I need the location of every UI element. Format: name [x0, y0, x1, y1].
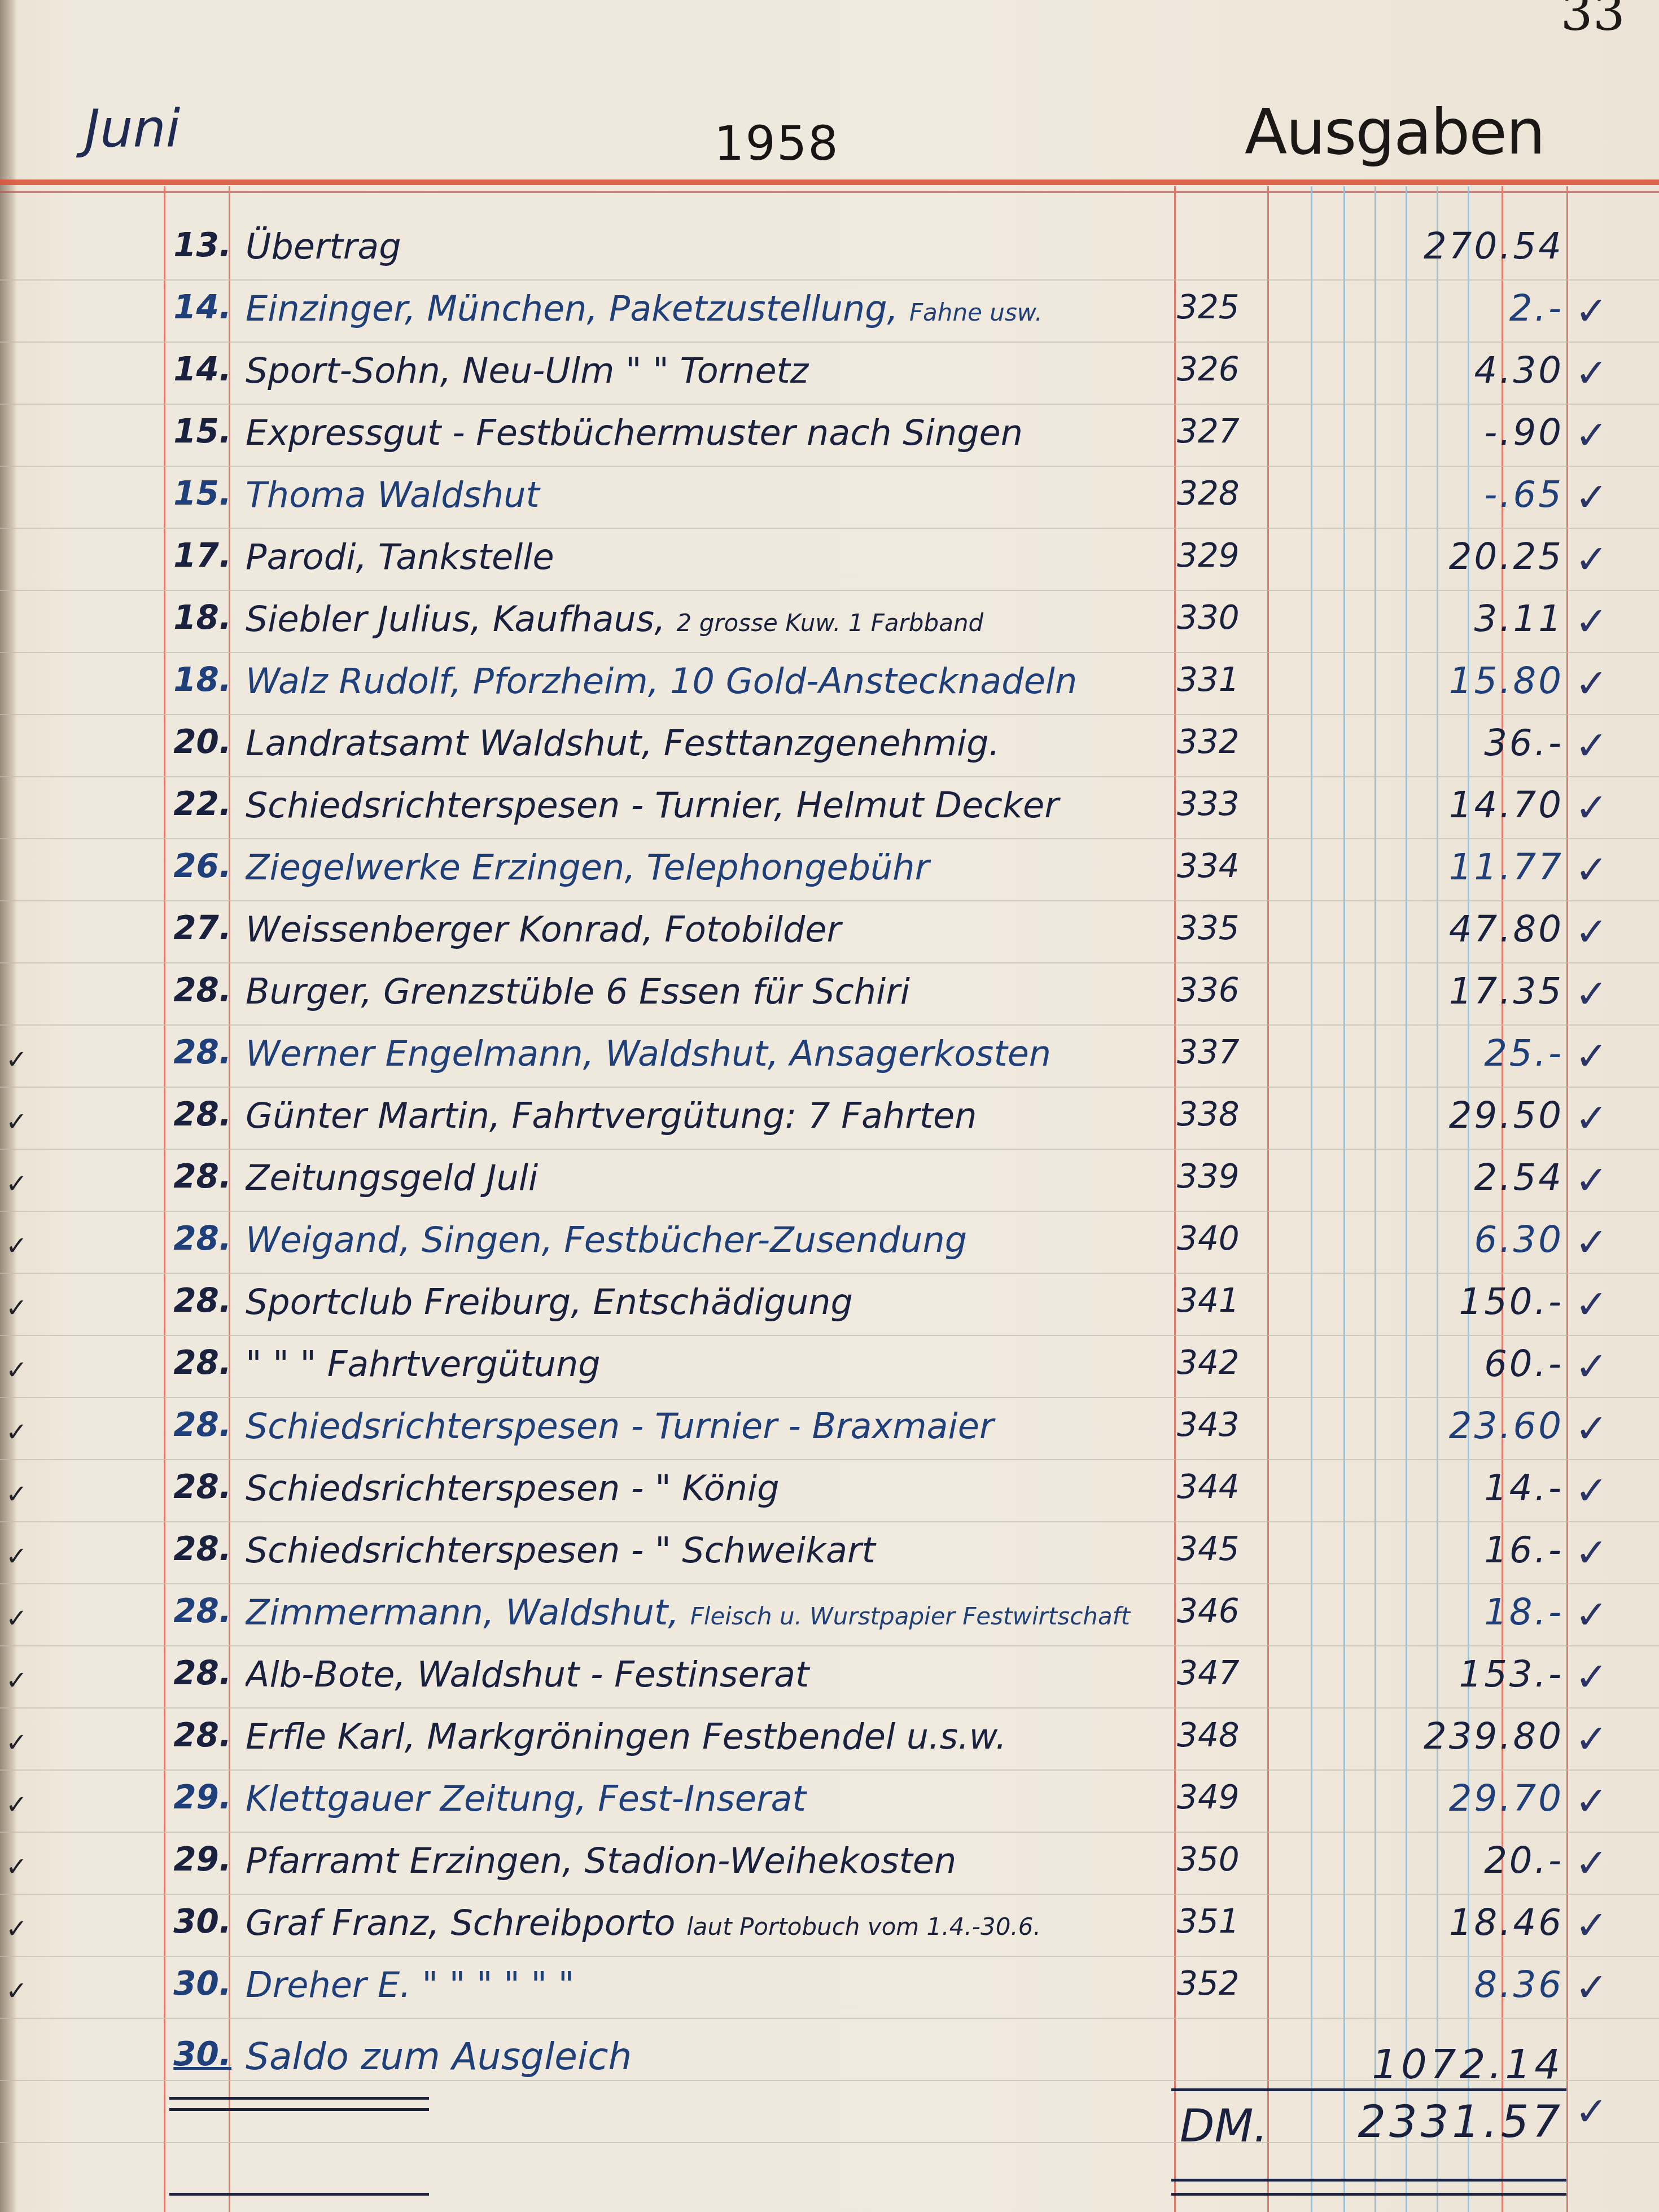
entry-day: 28. [169, 1592, 231, 1630]
entry-day: 22. [169, 785, 231, 823]
entry-voucher-number: 350 [1177, 1840, 1256, 1878]
entry-amount: 3.11 [1327, 598, 1564, 640]
ledger-row: 28.Zimmermann, Waldshut, Fleisch u. Wurs… [0, 1592, 1659, 1654]
entry-day: 26. [169, 847, 231, 885]
ledger-row: 28.Schiedsrichterspesen - " Schweikart 3… [0, 1530, 1659, 1592]
entry-description: Weissenberger Konrad, Fotobilder [246, 909, 1171, 950]
entry-description: Schiedsrichterspesen - Turnier - Braxmai… [246, 1405, 1171, 1447]
entry-day: 28. [169, 1530, 231, 1568]
currency-label: DM. [1180, 2100, 1268, 2152]
entry-day: 15. [169, 412, 231, 450]
ledger-row: 14.Sport-Sohn, Neu-Ulm " " Tornetz 3264.… [0, 350, 1659, 412]
entry-day: 28. [169, 971, 231, 1009]
entry-voucher-number: 329 [1177, 536, 1256, 575]
margin-check-icon: ✓ [6, 1603, 28, 1633]
check-icon: ✓ [1575, 1157, 1608, 1203]
entry-voucher-number: 339 [1177, 1157, 1256, 1195]
ledger-row: 28. " " " Fahrtvergütung 34260.-✓ [0, 1343, 1659, 1405]
closing-description: Saldo zum Ausgleich [246, 2035, 1171, 2078]
entry-amount: 17.35 [1327, 971, 1564, 1013]
ledger-row: 13.Übertrag 270.54 [0, 226, 1659, 288]
check-icon: ✓ [1575, 847, 1608, 893]
entry-day: 30. [169, 1902, 231, 1941]
ledger-row: 29.Klettgauer Zeitung, Fest-Inserat 3492… [0, 1778, 1659, 1840]
entry-description: " " " Fahrtvergütung [246, 1343, 1171, 1385]
entry-amount: 14.70 [1327, 785, 1564, 826]
entry-description: Werner Engelmann, Waldshut, Ansagerkoste… [246, 1033, 1171, 1074]
margin-check-icon: ✓ [6, 1355, 28, 1385]
sum-rule [1171, 2088, 1566, 2091]
entry-voucher-number: 348 [1177, 1716, 1256, 1754]
entry-amount: 153.- [1327, 1654, 1564, 1696]
entry-voucher-number: 345 [1177, 1530, 1256, 1568]
entry-voucher-number: 344 [1177, 1468, 1256, 1506]
entry-voucher-number: 342 [1177, 1343, 1256, 1382]
entry-voucher-number: 333 [1177, 785, 1256, 823]
entry-day: 18. [169, 598, 231, 637]
entry-description: Thoma Waldshut [246, 474, 1171, 515]
entry-description: Schiedsrichterspesen - " König [246, 1468, 1171, 1509]
ledger-row: 27.Weissenberger Konrad, Fotobilder 3354… [0, 909, 1659, 971]
entry-voucher-number: 340 [1177, 1219, 1256, 1258]
check-icon: ✓ [1575, 1716, 1608, 1762]
entry-description: Klettgauer Zeitung, Fest-Inserat [246, 1778, 1171, 1819]
entry-voucher-number: 328 [1177, 474, 1256, 513]
margin-check-icon: ✓ [6, 1168, 28, 1199]
entry-amount: 23.60 [1327, 1405, 1564, 1447]
entry-description: Zeitungsgeld Juli [246, 1157, 1171, 1198]
entry-description: Expressgut - Festbüchermuster nach Singe… [246, 412, 1171, 453]
ledger-row: 28.Günter Martin, Fahrtvergütung: 7 Fahr… [0, 1095, 1659, 1157]
entry-amount: 25.- [1327, 1033, 1564, 1075]
margin-check-icon: ✓ [6, 1230, 28, 1261]
entry-voucher-number: 349 [1177, 1778, 1256, 1816]
entry-day: 28. [169, 1468, 231, 1506]
entry-description: Pfarramt Erzingen, Stadion-Weihekosten [246, 1840, 1171, 1881]
ledger-row: 14.Einzinger, München, Paketzustellung, … [0, 288, 1659, 350]
ledger-row: 28.Sportclub Freiburg, Entschädigung 341… [0, 1281, 1659, 1343]
entry-day: 28. [169, 1219, 231, 1258]
check-icon: ✓ [1575, 1592, 1608, 1638]
entry-amount: 20.- [1327, 1840, 1564, 1882]
entry-day: 14. [169, 350, 231, 388]
entry-day: 28. [169, 1343, 231, 1382]
entry-day: 14. [169, 288, 231, 326]
entry-voucher-number: 330 [1177, 598, 1256, 637]
margin-check-icon: ✓ [6, 1727, 28, 1758]
entry-voucher-number: 343 [1177, 1405, 1256, 1444]
entry-voucher-number: 351 [1177, 1902, 1256, 1941]
margin-check-icon: ✓ [6, 1789, 28, 1820]
entry-day: 28. [169, 1405, 231, 1444]
month-heading: Juni [85, 99, 180, 159]
entry-amount: 270.54 [1327, 226, 1564, 268]
entry-amount: 15.80 [1327, 660, 1564, 702]
ledger-row: 28.Burger, Grenzstüble 6 Essen für Schir… [0, 971, 1659, 1033]
entry-description: Graf Franz, Schreibporto laut Portobuch … [246, 1902, 1171, 1943]
entry-day: 27. [169, 909, 231, 947]
page-number: 33 [1560, 0, 1625, 42]
check-icon: ✓ [1575, 1964, 1608, 2010]
entry-amount: 18.46 [1327, 1902, 1564, 1944]
entry-amount: 150.- [1327, 1281, 1564, 1323]
ledger-row: 26.Ziegelwerke Erzingen, Telephongebühr … [0, 847, 1659, 909]
ledger-row: 30.Dreher E. " " " " " " 3528.36✓ [0, 1964, 1659, 2026]
ledger-row: 17.Parodi, Tankstelle 32920.25✓ [0, 536, 1659, 598]
entry-note: laut Portobuch vom 1.4.-30.6. [686, 1913, 1041, 1941]
header-rule [0, 179, 1659, 185]
ledger-row: 28.Alb-Bote, Waldshut - Festinserat 3471… [0, 1654, 1659, 1716]
entry-description: Schiedsrichterspesen - " Schweikart [246, 1530, 1171, 1571]
entry-amount: -.90 [1327, 412, 1564, 454]
entry-description: Walz Rudolf, Pforzheim, 10 Gold-Ansteckn… [246, 660, 1171, 702]
check-icon: ✓ [1575, 1530, 1608, 1576]
entry-voucher-number: 337 [1177, 1033, 1256, 1071]
header-rule-secondary [0, 191, 1659, 193]
margin-check-icon: ✓ [6, 1044, 28, 1075]
entry-voucher-number: 347 [1177, 1654, 1256, 1692]
check-icon: ✓ [1575, 1902, 1608, 1948]
double-rule-2 [1171, 2193, 1566, 2196]
entry-voucher-number: 346 [1177, 1592, 1256, 1630]
entry-description: Schiedsrichterspesen - Turnier, Helmut D… [246, 785, 1171, 826]
entry-day: 28. [169, 1095, 231, 1133]
entry-amount: 29.70 [1327, 1778, 1564, 1820]
entry-voucher-number: 352 [1177, 1964, 1256, 2003]
entry-amount: 2.- [1327, 288, 1564, 330]
ledger-row: 29.Pfarramt Erzingen, Stadion-Weihekoste… [0, 1840, 1659, 1902]
entry-voucher-number: 334 [1177, 847, 1256, 885]
ledger-row: 28.Schiedsrichterspesen - Turnier - Brax… [0, 1405, 1659, 1468]
entry-description: Einzinger, München, Paketzustellung, Fah… [246, 288, 1171, 329]
entry-description: Burger, Grenzstüble 6 Essen für Schiri [246, 971, 1171, 1012]
entry-amount: 20.25 [1327, 536, 1564, 578]
entry-amount: 47.80 [1327, 909, 1564, 950]
check-icon: ✓ [1575, 1405, 1608, 1452]
total-check-icon: ✓ [1575, 2088, 1608, 2135]
ledger-row: 15.Expressgut - Festbüchermuster nach Si… [0, 412, 1659, 474]
ledger-row: 28.Werner Engelmann, Waldshut, Ansagerko… [0, 1033, 1659, 1095]
check-icon: ✓ [1575, 1654, 1608, 1700]
ledger-row: 28.Schiedsrichterspesen - " König 34414.… [0, 1468, 1659, 1530]
entry-voucher-number: 332 [1177, 722, 1256, 761]
entry-voucher-number: 335 [1177, 909, 1256, 947]
entry-day: 13. [169, 226, 231, 264]
margin-check-icon: ✓ [6, 1976, 28, 2006]
check-icon: ✓ [1575, 412, 1608, 458]
entry-voucher-number: 327 [1177, 412, 1256, 450]
entry-day: 29. [169, 1840, 231, 1878]
entry-day: 20. [169, 722, 231, 761]
margin-check-icon: ✓ [6, 1851, 28, 1882]
entry-amount: -.65 [1327, 474, 1564, 516]
double-rule-1 [1171, 2179, 1566, 2182]
check-icon: ✓ [1575, 350, 1608, 396]
margin-check-icon: ✓ [6, 1479, 28, 1509]
entry-day: 30. [169, 1964, 231, 2003]
check-icon: ✓ [1575, 536, 1608, 582]
entry-day: 15. [169, 474, 231, 513]
check-icon: ✓ [1575, 288, 1608, 334]
check-icon: ✓ [1575, 1840, 1608, 1886]
entry-amount: 14.- [1327, 1468, 1564, 1509]
entry-voucher-number: 341 [1177, 1281, 1256, 1320]
entry-note: Fahne usw. [909, 299, 1043, 326]
ledger-row: 22.Schiedsrichterspesen - Turnier, Helmu… [0, 785, 1659, 847]
ledger-row: 15.Thoma Waldshut 328-.65✓ [0, 474, 1659, 536]
entry-amount: 18.- [1327, 1592, 1564, 1633]
entry-amount: 29.50 [1327, 1095, 1564, 1137]
entry-voucher-number: 338 [1177, 1095, 1256, 1133]
year-heading: 1958 [714, 116, 839, 171]
entry-description: Sport-Sohn, Neu-Ulm " " Tornetz [246, 350, 1171, 391]
entry-amount: 60.- [1327, 1343, 1564, 1385]
entry-voucher-number: 331 [1177, 660, 1256, 699]
closing-day: 30. [169, 2035, 231, 2073]
check-icon: ✓ [1575, 598, 1608, 645]
entry-description: Landratsamt Waldshut, Festtanzgenehmig. [246, 722, 1171, 764]
entry-day: 17. [169, 536, 231, 575]
entry-amount: 6.30 [1327, 1219, 1564, 1261]
ledger-row: 18.Walz Rudolf, Pforzheim, 10 Gold-Anste… [0, 660, 1659, 722]
check-icon: ✓ [1575, 1033, 1608, 1079]
entry-description: Parodi, Tankstelle [246, 536, 1171, 577]
ledger-row: 30.Graf Franz, Schreibporto laut Portobu… [0, 1902, 1659, 1964]
entry-day: 28. [169, 1033, 231, 1071]
entry-amount: 4.30 [1327, 350, 1564, 392]
ledger-title: Ausgaben [1245, 96, 1544, 168]
check-icon: ✓ [1575, 1778, 1608, 1824]
entry-amount: 11.77 [1327, 847, 1564, 888]
entry-amount: 239.80 [1327, 1716, 1564, 1758]
ledger-row: 20.Landratsamt Waldshut, Festtanzgenehmi… [0, 722, 1659, 785]
margin-check-icon: ✓ [6, 1417, 28, 1447]
margin-check-icon: ✓ [6, 1293, 28, 1323]
entry-description: Ziegelwerke Erzingen, Telephongebühr [246, 847, 1171, 888]
check-icon: ✓ [1575, 1219, 1608, 1265]
check-icon: ✓ [1575, 785, 1608, 831]
margin-check-icon: ✓ [6, 1541, 28, 1571]
entry-day: 29. [169, 1778, 231, 1816]
ledger-row: 18.Siebler Julius, Kaufhaus, 2 grosse Ku… [0, 598, 1659, 660]
entry-description: Erfle Karl, Markgröningen Festbendel u.s… [246, 1716, 1171, 1757]
entry-day: 28. [169, 1716, 231, 1754]
check-icon: ✓ [1575, 1343, 1608, 1390]
entry-description: Übertrag [246, 226, 1171, 267]
entry-amount: 2.54 [1327, 1157, 1564, 1199]
entry-voucher-number: 325 [1177, 288, 1256, 326]
check-icon: ✓ [1575, 971, 1608, 1017]
check-icon: ✓ [1575, 1281, 1608, 1328]
entry-description: Alb-Bote, Waldshut - Festinserat [246, 1654, 1171, 1695]
underline-double-2 [169, 2108, 429, 2111]
closing-amount: 1072.14 [1298, 2040, 1564, 2088]
entry-note: 2 grosse Kuw. 1 Farbband [677, 609, 984, 637]
entry-voucher-number: 336 [1177, 971, 1256, 1009]
entry-description: Zimmermann, Waldshut, Fleisch u. Wurstpa… [246, 1592, 1171, 1633]
entry-amount: 8.36 [1327, 1964, 1564, 2006]
grand-total: 2331.57 [1270, 2097, 1564, 2148]
margin-check-icon: ✓ [6, 1665, 28, 1696]
entry-note: Fleisch u. Wurstpapier Festwirtschaft [690, 1602, 1130, 1630]
entry-amount: 36.- [1327, 722, 1564, 764]
check-icon: ✓ [1575, 474, 1608, 520]
entry-description: Dreher E. " " " " " " [246, 1964, 1171, 2005]
check-icon: ✓ [1575, 1468, 1608, 1514]
margin-check-icon: ✓ [6, 1106, 28, 1137]
entry-day: 28. [169, 1157, 231, 1195]
entry-description: Günter Martin, Fahrtvergütung: 7 Fahrten [246, 1095, 1171, 1136]
underline-double-1 [169, 2097, 429, 2100]
entry-description: Sportclub Freiburg, Entschädigung [246, 1281, 1171, 1322]
bottom-rule-left [169, 2193, 429, 2196]
entry-description: Siebler Julius, Kaufhaus, 2 grosse Kuw. … [246, 598, 1171, 639]
entry-amount: 16.- [1327, 1530, 1564, 1571]
entry-day: 28. [169, 1281, 231, 1320]
entry-day: 18. [169, 660, 231, 699]
ledger-row: 28.Weigand, Singen, Festbücher-Zusendung… [0, 1219, 1659, 1281]
entry-voucher-number: 326 [1177, 350, 1256, 388]
check-icon: ✓ [1575, 909, 1608, 955]
entry-day: 28. [169, 1654, 231, 1692]
entry-description: Weigand, Singen, Festbücher-Zusendung [246, 1219, 1171, 1260]
ledger-row: 28.Zeitungsgeld Juli 3392.54✓ [0, 1157, 1659, 1219]
check-icon: ✓ [1575, 722, 1608, 769]
check-icon: ✓ [1575, 1095, 1608, 1141]
ledger-row: 28.Erfle Karl, Markgröningen Festbendel … [0, 1716, 1659, 1778]
check-icon: ✓ [1575, 660, 1608, 707]
margin-check-icon: ✓ [6, 1913, 28, 1944]
